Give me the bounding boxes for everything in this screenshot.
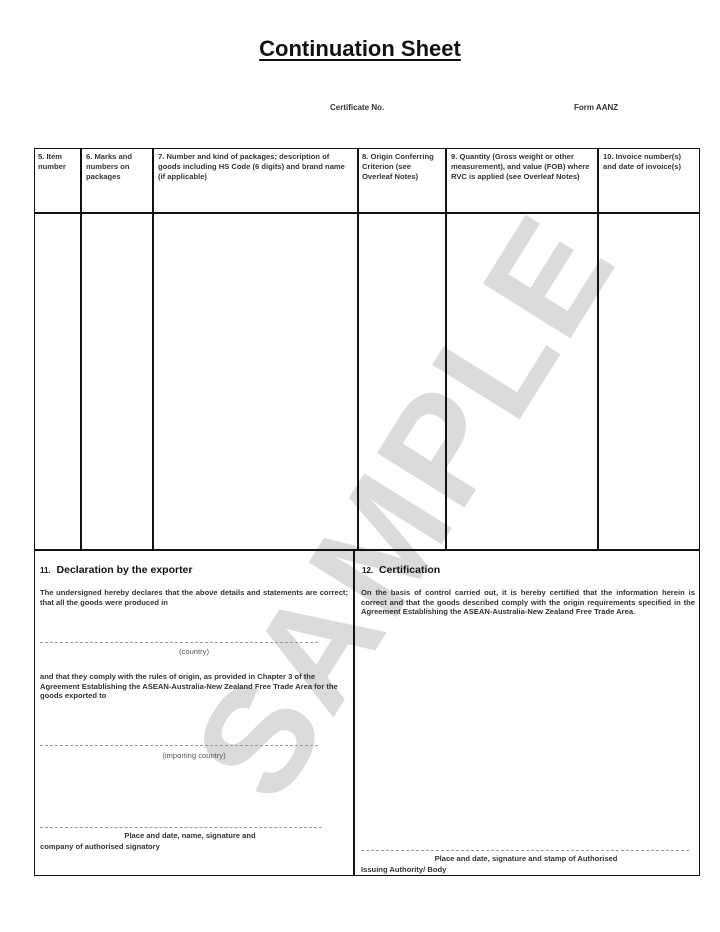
authority-sign-caption-1: Place and date, signature and stamp of A… (361, 854, 691, 864)
col-header-invoice: 10. Invoice number(s) and date of invoic… (603, 152, 695, 172)
exporter-signature-line[interactable] (40, 827, 322, 828)
body-divider (34, 549, 700, 551)
country-line[interactable] (40, 642, 318, 643)
exporter-sign-caption-2: company of authorised signatory (40, 842, 160, 852)
col-header-origin-criterion: 8. Origin Conferring Criterion (see Over… (362, 152, 440, 182)
marks-cell[interactable] (82, 214, 152, 549)
declaration-text-2: and that they comply with the rules of o… (40, 672, 346, 701)
certificate-no-label: Certificate No. (330, 103, 384, 112)
item-number-cell[interactable] (36, 214, 80, 549)
authority-sign-caption-2: Issuing Authority/ Body (361, 865, 446, 875)
col-header-marks: 6. Marks and numbers on packages (86, 152, 150, 182)
declaration-title: 11. Declaration by the exporter (40, 564, 193, 576)
certification-text: On the basis of control carried out, it … (361, 588, 695, 617)
section-divider (353, 549, 355, 876)
title-text: Continuation Sheet (259, 36, 461, 61)
certification-number: 12. (362, 566, 373, 575)
description-cell[interactable] (154, 214, 357, 549)
importing-country-caption: (importing country) (40, 751, 348, 760)
form-label: Form AANZ (574, 103, 618, 112)
col-header-quantity: 9. Quantity (Gross weight or other measu… (451, 152, 591, 182)
exporter-sign-caption-1: Place and date, name, signature and (40, 831, 340, 841)
country-caption: (country) (40, 647, 348, 656)
declaration-title-text: Declaration by the exporter (57, 564, 193, 576)
col-header-item-number: 5. Item number (38, 152, 78, 172)
page-title: Continuation Sheet (0, 36, 720, 62)
importing-country-line[interactable] (40, 745, 318, 746)
invoice-cell[interactable] (599, 214, 698, 549)
certification-title: 12. Certification (362, 564, 440, 576)
quantity-cell[interactable] (447, 214, 597, 549)
certification-title-text: Certification (379, 564, 440, 576)
authority-signature-line[interactable] (361, 850, 689, 851)
declaration-text-1: The undersigned hereby declares that the… (40, 588, 348, 607)
col-header-description: 7. Number and kind of packages; descript… (158, 152, 348, 182)
origin-criterion-cell[interactable] (359, 214, 445, 549)
declaration-number: 11. (40, 566, 51, 575)
